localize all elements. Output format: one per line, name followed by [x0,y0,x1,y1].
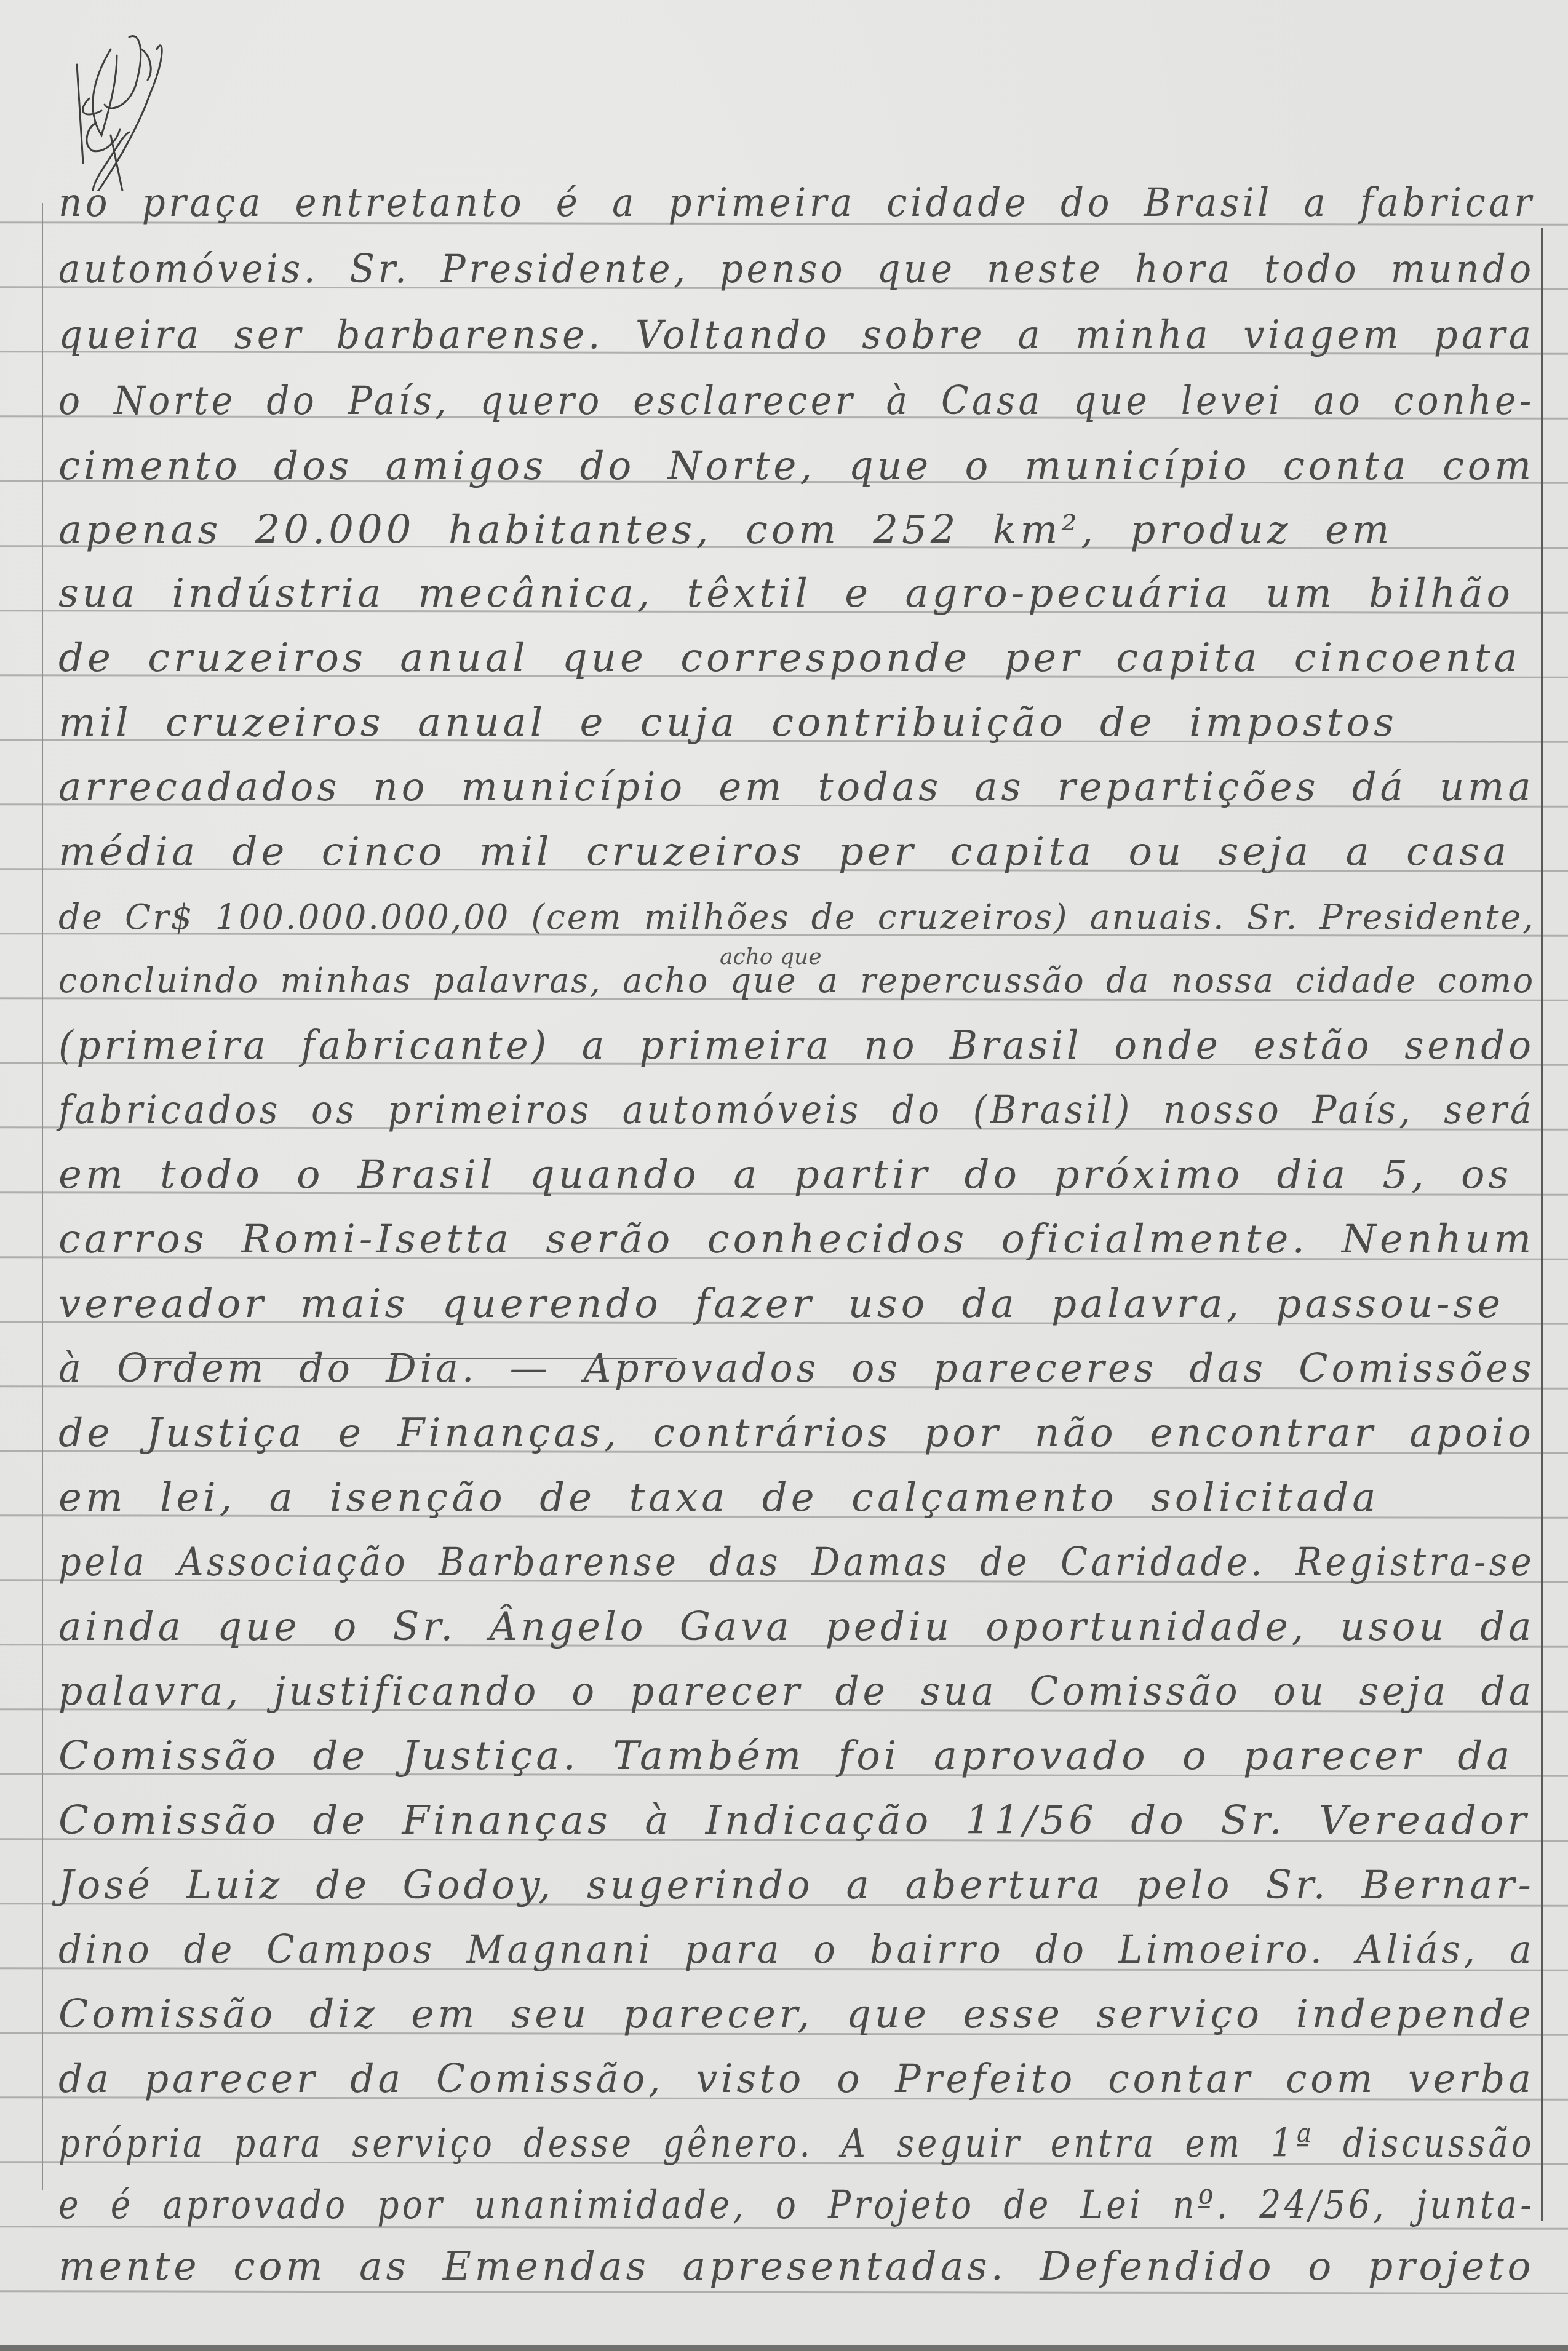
scanned-page: no praça entretanto é a primeira cidade … [0,0,1568,2351]
text-line: de cruzeiros anual que corresponde per c… [58,634,1535,683]
text-line: pela Associação Barbarense das Damas de … [58,1538,1385,1587]
text-line: fabricados os primeiros automóveis do (B… [58,1086,1393,1135]
interlinear-insert: acho que [720,944,821,969]
text-line: queira ser barbarense. Voltando sobre a … [58,311,1467,360]
text-line: em lei, a isenção de taxa de calçamento … [58,1473,1535,1522]
text-line: carros Romi-Isetta serão conhecidos ofic… [58,1215,1535,1264]
text-line: o Norte do País, quero esclarecer à Casa… [58,376,1401,426]
text-line: mente com as Emendas apresentadas. Defen… [58,2242,1516,2291]
text-line: ainda que o Sr. Ângelo Gava pediu oportu… [58,1602,1505,1652]
text-line: de Cr$ 100.000.000,00 (cem milhões de cr… [58,893,1511,942]
page-bottom-edge [0,2345,1568,2351]
text-line: automóveis. Sr. Presidente, penso que ne… [58,245,1427,294]
text-line: própria para serviço desse gênero. A seg… [58,2119,1310,2168]
right-margin-line [1541,228,1543,2221]
text-line: Comissão de Justiça. Também foi aprovado… [58,1732,1535,1781]
ordem-do-dia-line: à Ordem do Dia. — Aprovados os pareceres… [58,1344,1484,1393]
text-line: Comissão de Finanças à Indicação 11/56 d… [58,1796,1535,1845]
left-margin-line [42,203,43,2190]
text-line: vereador mais querendo fazer uso da pala… [58,1279,1535,1329]
text-line: (primeira fabricante) a primeira no Bras… [58,1021,1468,1070]
text-line: em todo o Brasil quando a partir do próx… [58,1150,1535,1199]
text-line: apenas 20.000 habitantes, com 252 km², p… [58,506,1535,555]
text-line: José Luiz de Godoy, sugerindo a abertura… [58,1861,1496,1910]
signature-initials-icon [43,12,191,191]
text-line: de Justiça e Finanças, contrários por nã… [58,1409,1514,1458]
text-line: arrecadados no município em todas as rep… [58,763,1502,812]
text-line: dino de Campos Magnani para o bairro do … [58,1925,1428,1975]
text-line: e é aprovado por unanimidade, o Projeto … [58,2181,1332,2230]
ordem-do-dia-underline [123,1358,677,1359]
text-line: no praça entretanto é a primeira cidade … [58,178,1429,228]
text-line: da parecer da Comissão, visto o Prefeito… [58,2055,1477,2104]
text-line: palavra, justificando o parecer de sua C… [58,1667,1473,1716]
text-line: Comissão diz em seu parecer, que esse se… [58,1990,1515,2039]
text-line: sua indústria mecânica, têxtil e agro-pe… [58,569,1535,618]
text-line: cimento dos amigos do Norte, que o munic… [58,442,1508,491]
text-line: média de cinco mil cruzeiros per capita … [58,827,1535,877]
text-line: mil cruzeiros anual e cuja contribuição … [58,698,1535,747]
